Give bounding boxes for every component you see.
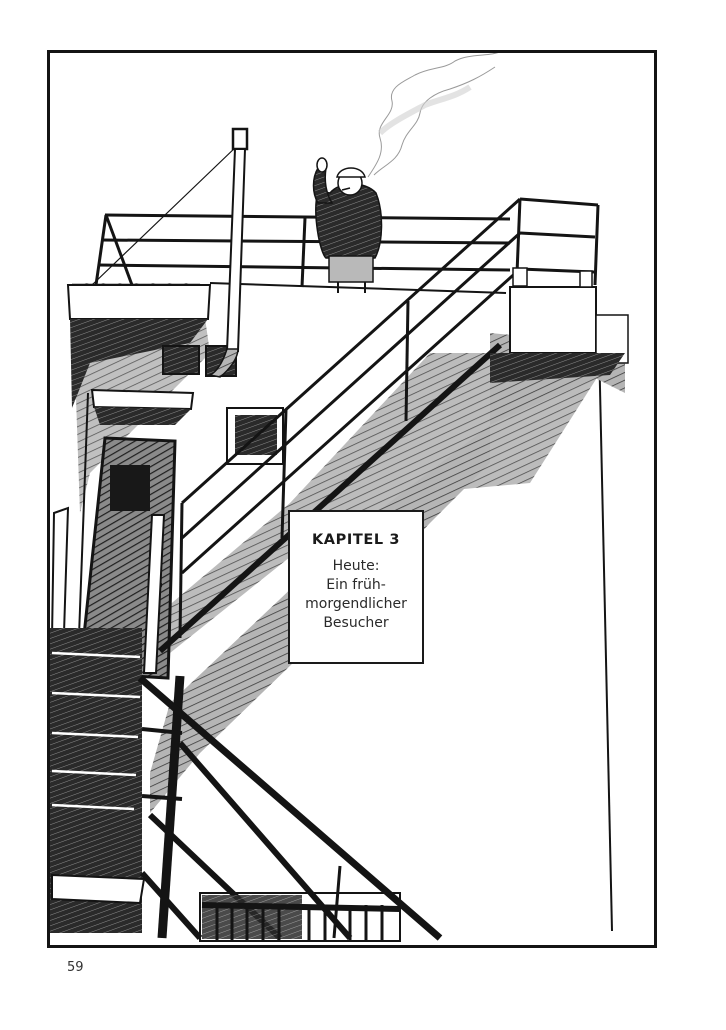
stair-landing [490,268,628,383]
building-right-edge [599,343,612,931]
chapter-subtitle-line: Ein früh- [290,576,422,595]
chapter-subtitle-line: Heute: [290,557,422,576]
lower-stairs [50,628,144,933]
bottom-grille [200,893,400,941]
chapter-title: KAPITEL 3 [290,532,422,548]
chapter-caption-box: KAPITEL 3 Heute: Ein früh- morgendlicher… [288,510,424,664]
chapter-subtitle-line: Besucher [290,614,422,633]
panel-illustration [50,53,654,945]
comic-page: KAPITEL 3 Heute: Ein früh- morgendlicher… [0,0,726,1030]
smoke-plume [368,53,502,177]
comic-panel [47,50,657,948]
smoking-man [314,158,382,293]
chapter-subtitle-line: morgendlicher [290,595,422,614]
rooftop-railing [96,215,510,293]
page-number: 59 [67,960,84,975]
door-canopy [92,390,193,425]
